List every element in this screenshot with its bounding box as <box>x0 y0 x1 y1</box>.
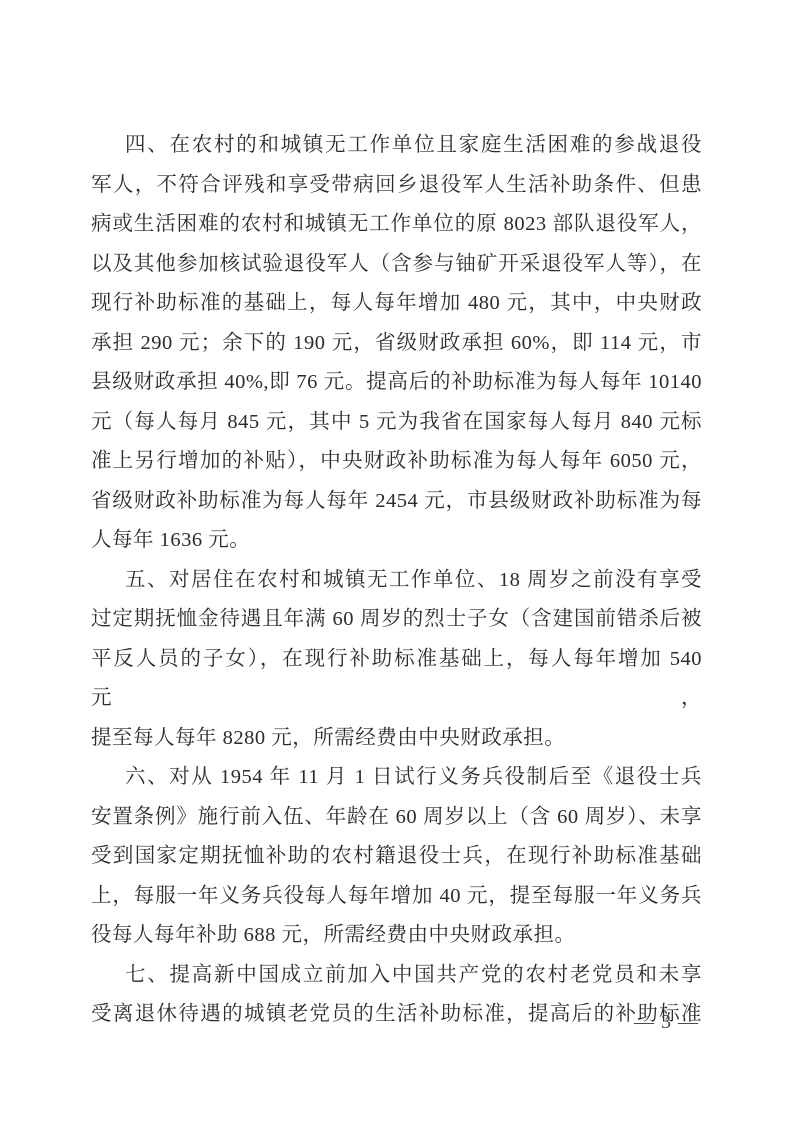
text-line: 役每人每年补助 688 元，所需经费由中央财政承担。 <box>91 916 702 956</box>
document-page: 四、在农村的和城镇无工作单位且家庭生活困难的参战退役 军人，不符合评残和享受带病… <box>0 0 793 1122</box>
text-line: 县级财政承担 40%,即 76 元。提高后的补助标准为每人每年 10140 <box>91 363 702 403</box>
text-line: 病或生活困难的农村和城镇无工作单位的原 8023 部队退役军人， <box>91 205 702 245</box>
text-line: 上，每服一年义务兵役每人每年增加 40 元，提至每服一年义务兵 <box>91 877 702 917</box>
text-line: 人每年 1636 元。 <box>91 521 702 561</box>
text-line: 七、提高新中国成立前加入中国共产党的农村老党员和未享 <box>91 956 702 996</box>
text-line: 安置条例》施行前入伍、年龄在 60 周岁以上（含 60 周岁）、未享 <box>91 798 702 838</box>
text-line: 以及其他参加核试验退役军人（含参与铀矿开采退役军人等），在 <box>91 245 702 285</box>
text-line: 承担 290 元；余下的 190 元，省级财政承担 60%，即 114 元，市 <box>91 324 702 364</box>
text-line: 平反人员的子女），在现行补助标准基础上，每人每年增加 540 元， <box>91 640 702 719</box>
text-line: 准上另行增加的补贴），中央财政补助标准为每人每年 6050 元， <box>91 442 702 482</box>
text-line: 五、对居住在农村和城镇无工作单位、18 周岁之前没有享受 <box>91 561 702 601</box>
text-line: 受到国家定期抚恤补助的农村籍退役士兵，在现行补助标准基础 <box>91 837 702 877</box>
text-line: 六、对从 1954 年 11 月 1 日试行义务兵役制后至《退役士兵 <box>91 758 702 798</box>
document-body: 四、在农村的和城镇无工作单位且家庭生活困难的参战退役 军人，不符合评残和享受带病… <box>91 126 702 1035</box>
page-number: — 3 — <box>634 1007 699 1037</box>
text-line: 元（每人每月 845 元，其中 5 元为我省在国家每人每月 840 元标 <box>91 403 702 443</box>
text-line: 军人，不符合评残和享受带病回乡退役军人生活补助条件、但患 <box>91 166 702 206</box>
text-line: 四、在农村的和城镇无工作单位且家庭生活困难的参战退役 <box>91 126 702 166</box>
text-line: 受离退休待遇的城镇老党员的生活补助标准，提高后的补助标准 <box>91 995 702 1035</box>
text-line: 提至每人每年 8280 元，所需经费由中央财政承担。 <box>91 719 702 759</box>
text-line: 现行补助标准的基础上，每人每年增加 480 元，其中，中央财政 <box>91 284 702 324</box>
text-line: 省级财政补助标准为每人每年 2454 元，市县级财政补助标准为每 <box>91 482 702 522</box>
text-line: 过定期抚恤金待遇且年满 60 周岁的烈士子女（含建国前错杀后被 <box>91 600 702 640</box>
